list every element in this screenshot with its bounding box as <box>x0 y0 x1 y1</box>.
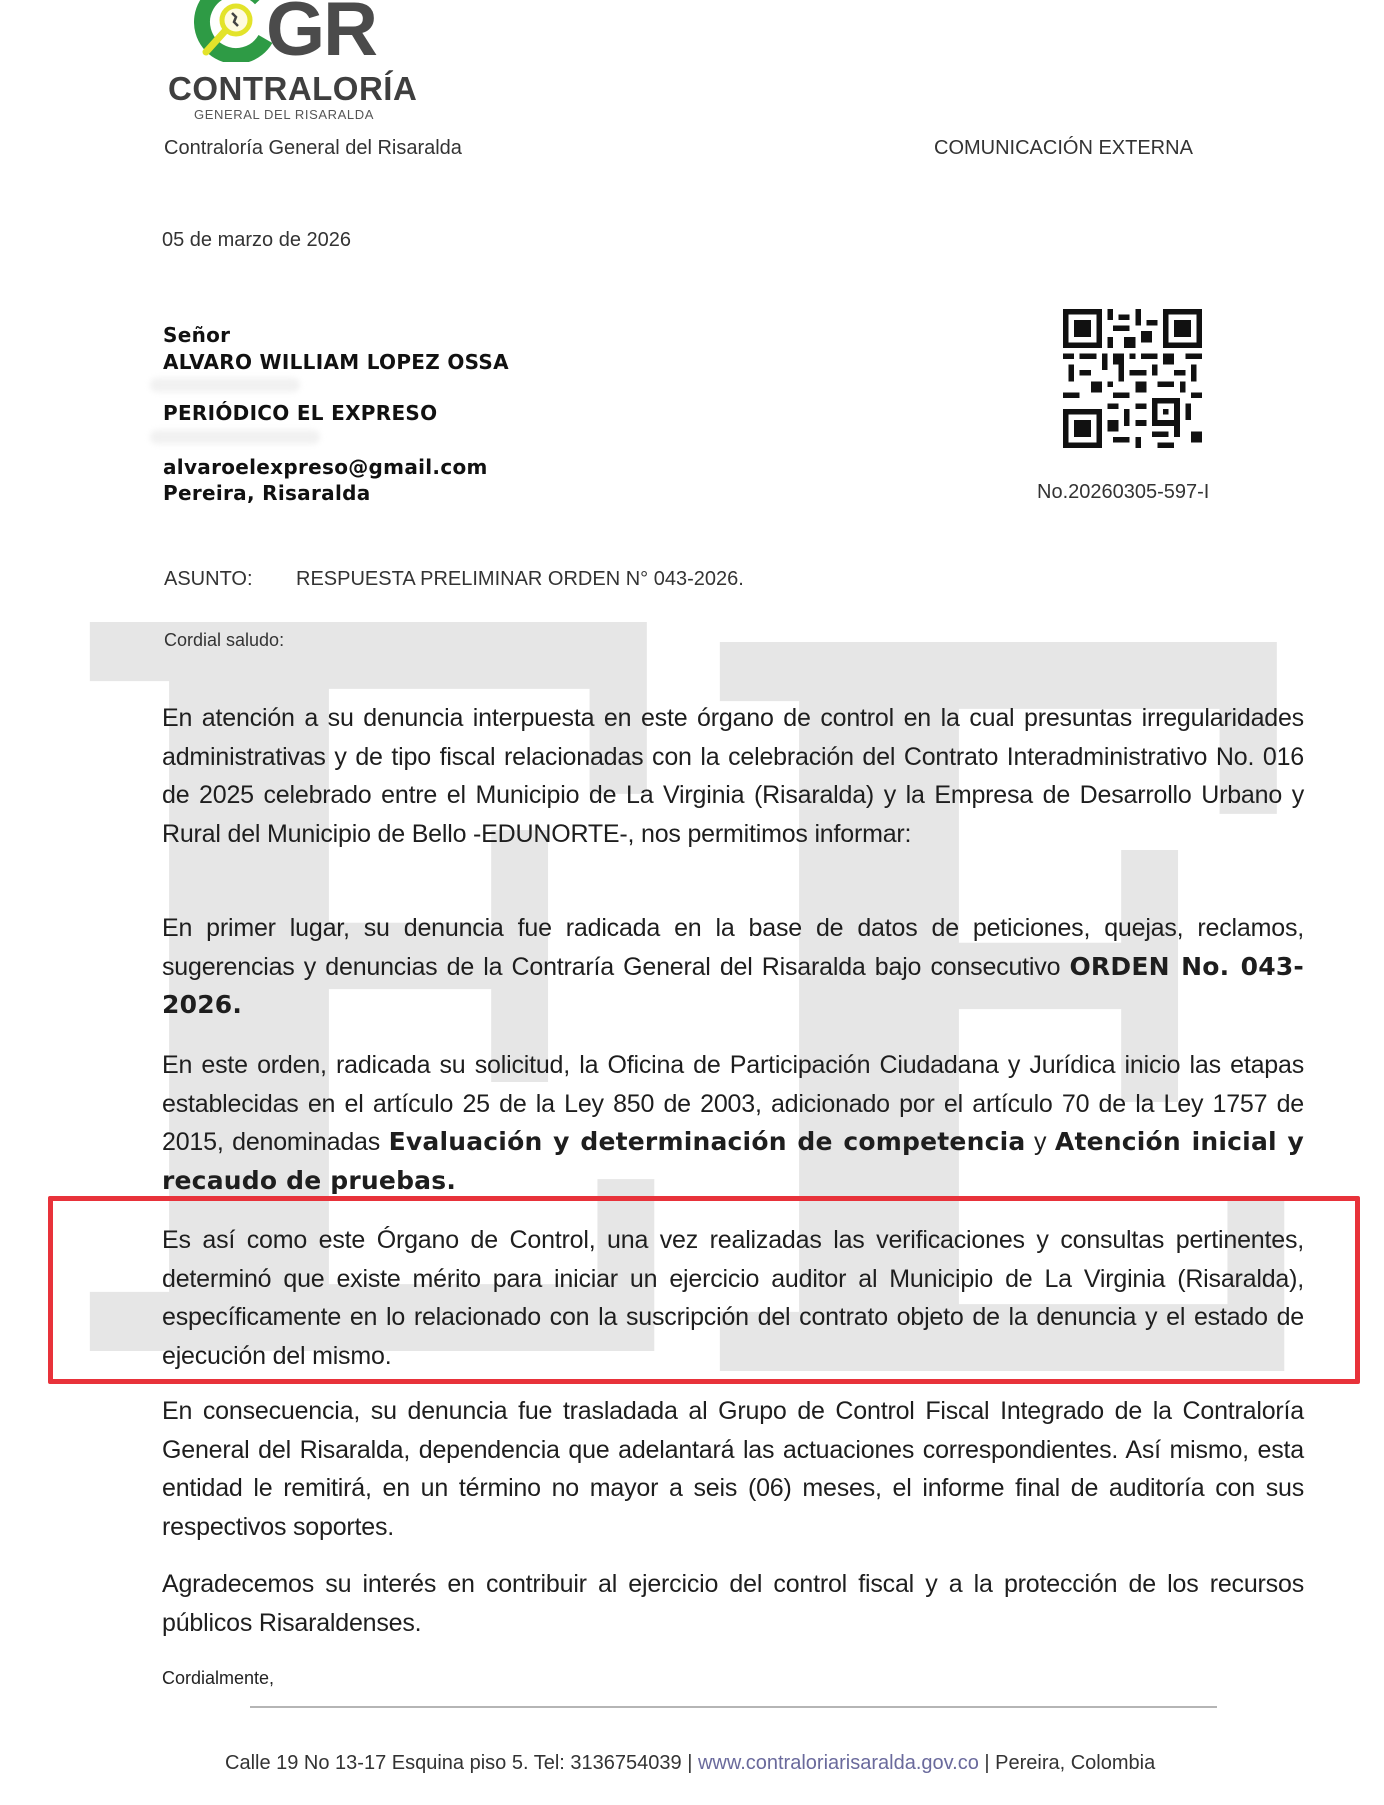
reference-number: No.20260305-597-I <box>1037 481 1209 504</box>
qr-code-icon <box>1063 309 1202 448</box>
letter-date: 05 de marzo de 2026 <box>162 229 351 252</box>
footer-address: Calle 19 No 13-17 Esquina piso 5. Tel: 3… <box>225 1752 682 1774</box>
footer-divider <box>250 1706 1217 1708</box>
recipient-email: alvaroelexpreso@gmail.com <box>163 455 488 479</box>
body-paragraph-3: En este orden, radicada su solicitud, la… <box>162 1046 1304 1200</box>
letter-page: GR CONTRALORÍA GENERAL DEL RISARALDA Con… <box>0 0 1384 1805</box>
body-paragraph-1: En atención a su denuncia interpuesta en… <box>162 699 1304 853</box>
logo-name: CONTRALORÍA <box>168 70 417 108</box>
body-paragraph-5: En consecuencia, su denuncia fue traslad… <box>162 1392 1304 1546</box>
cgr-logo: GR CONTRALORÍA GENERAL DEL RISARALDA <box>168 0 428 125</box>
footer: Calle 19 No 13-17 Esquina piso 5. Tel: 3… <box>225 1752 1155 1775</box>
recipient-name: ALVARO WILLIAM LOPEZ OSSA <box>163 350 509 374</box>
redacted-field <box>150 430 320 444</box>
magnifier-logo-icon <box>194 0 276 62</box>
recipient-organization: PERIÓDICO EL EXPRESO <box>163 401 437 425</box>
footer-separator: | <box>687 1752 692 1774</box>
header-doc-type: COMUNICACIÓN EXTERNA <box>934 137 1193 160</box>
greeting: Cordial saludo: <box>164 630 284 651</box>
logo-acronym: GR <box>266 0 376 73</box>
body-paragraph-4-highlighted: Es así como este Órgano de Control, una … <box>162 1221 1304 1375</box>
recipient-salutation: Señor <box>163 323 230 347</box>
stage-1-bold: Evaluación y determinación de competenci… <box>389 1127 1026 1156</box>
paragraph-conjunction: y <box>1034 1128 1046 1156</box>
body-paragraph-2: En primer lugar, su denuncia fue radicad… <box>162 909 1304 1025</box>
subject-label: ASUNTO: <box>164 568 253 591</box>
recipient-city: Pereira, Risaralda <box>163 481 371 505</box>
redacted-field <box>150 378 300 392</box>
header-entity: Contraloría General del Risaralda <box>164 137 462 160</box>
closing: Cordialmente, <box>162 1668 274 1689</box>
body-paragraph-6: Agradecemos su interés en contribuir al … <box>162 1565 1304 1642</box>
subject-text: RESPUESTA PRELIMINAR ORDEN N° 043-2026. <box>296 568 744 591</box>
footer-separator: | <box>984 1752 989 1774</box>
footer-city: Pereira, Colombia <box>995 1752 1155 1774</box>
logo-subtitle: GENERAL DEL RISARALDA <box>194 107 374 122</box>
footer-website-link[interactable]: www.contraloriarisaralda.gov.co <box>698 1752 979 1774</box>
